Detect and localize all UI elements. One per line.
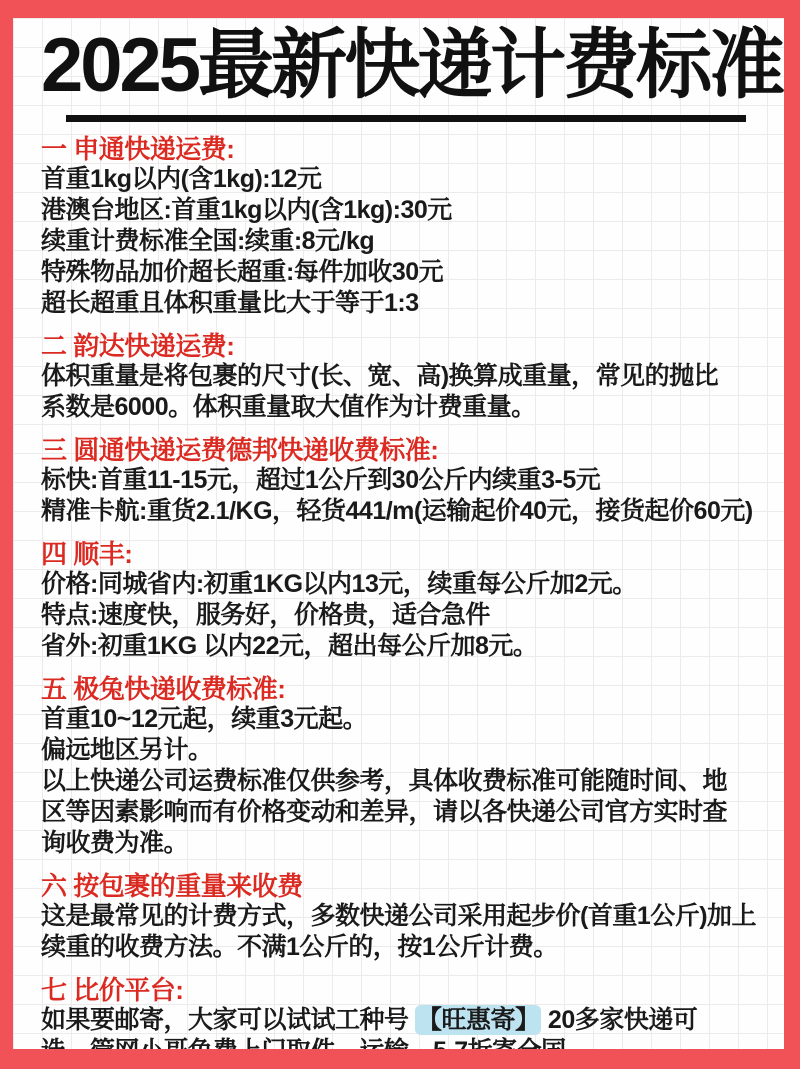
section-heading: 四 顺丰: <box>41 539 770 569</box>
body-line: 精准卡航:重货2.1/KG，轻货441/m(运输起价40元，接货起价60元) <box>41 496 770 527</box>
poster-content: 2025最新快递计费标准 一 申通快递运费: 首重1kg以内(含1kg):12元… <box>13 18 784 1049</box>
body-line: 体积重量是将包裹的尺寸(长、宽、高)换算成重量，常见的抛比 <box>41 361 770 392</box>
body-line: 续重计费标准全国:续重:8元/kg <box>41 226 770 257</box>
section-weight-billing: 六 按包裹的重量来收费 这是最常见的计费方式，多数快递公司采用起步价(首重1公斤… <box>41 871 770 963</box>
section-heading: 五 极兔快递收费标准: <box>41 674 770 704</box>
section-heading: 七 比价平台: <box>41 975 770 1005</box>
body-line: 续重的收费方法。不满1公斤的，按1公斤计费。 <box>41 932 770 963</box>
title-underline <box>66 115 746 122</box>
section-heading: 二 韵达快递运费: <box>41 331 770 361</box>
body-line: 港澳台地区:首重1kg以内(含1kg):30元 <box>41 195 770 226</box>
section-shentong: 一 申通快递运费: 首重1kg以内(含1kg):12元 港澳台地区:首重1kg以… <box>41 134 770 319</box>
section-heading: 六 按包裹的重量来收费 <box>41 871 770 901</box>
body-line: 超长超重且体积重量比大于等于1:3 <box>41 288 770 319</box>
body-line: 偏远地区另计。 <box>41 735 770 766</box>
body-line: 特殊物品加价超长超重:每件加收30元 <box>41 257 770 288</box>
section-shunfeng: 四 顺丰: 价格:同城省内:初重1KG以内13元，续重每公斤加2元。 特点:速度… <box>41 539 770 662</box>
body-line: 区等因素影响而有价格变动和差异，请以各快递公司官方实时查 <box>41 797 770 828</box>
section-price-compare: 七 比价平台: 如果要邮寄，大家可以试试工种号 【旺惠寄】 20多家快递可 选，… <box>41 975 770 1049</box>
body-line: 首重1kg以内(含1kg):12元 <box>41 164 770 195</box>
line-text-pre: 如果要邮寄，大家可以试试工种号 <box>41 1006 415 1034</box>
section-jitu: 五 极兔快递收费标准: 首重10~12元起，续重3元起。 偏远地区另计。 以上快… <box>41 674 770 859</box>
body-line: 省外:初重1KG 以内22元，超出每公斤加8元。 <box>41 631 770 662</box>
section-heading: 一 申通快递运费: <box>41 134 770 164</box>
line-text-post: 20多家快递可 <box>541 1006 697 1034</box>
body-line: 特点:速度快，服务好，价格贵，适合急件 <box>41 600 770 631</box>
brand-highlight: 【旺惠寄】 <box>415 1005 542 1035</box>
body-line: 标快:首重11-15元，超过1公斤到30公斤内续重3-5元 <box>41 465 770 496</box>
body-line: 以上快递公司运费标准仅供参考，具体收费标准可能随时间、地 <box>41 766 770 797</box>
body-line: 选，管网小哥免费上门取件、运输，5-7折寄全国。 <box>41 1036 770 1049</box>
body-line: 首重10~12元起，续重3元起。 <box>41 704 770 735</box>
body-line: 询收费为准。 <box>41 828 770 859</box>
page-title: 2025最新快递计费标准 <box>41 20 770 112</box>
body-line: 系数是6000。体积重量取大值作为计费重量。 <box>41 392 770 423</box>
section-heading: 三 圆通快递运费德邦快递收费标准: <box>41 435 770 465</box>
section-yunda: 二 韵达快递运费: 体积重量是将包裹的尺寸(长、宽、高)换算成重量，常见的抛比 … <box>41 331 770 423</box>
poster-paper: 2025最新快递计费标准 一 申通快递运费: 首重1kg以内(含1kg):12元… <box>13 18 784 1049</box>
body-line: 如果要邮寄，大家可以试试工种号 【旺惠寄】 20多家快递可 <box>41 1005 770 1036</box>
body-line: 这是最常见的计费方式，多数快递公司采用起步价(首重1公斤)加上 <box>41 901 770 932</box>
body-line: 价格:同城省内:初重1KG以内13元，续重每公斤加2元。 <box>41 569 770 600</box>
section-yuantong-debang: 三 圆通快递运费德邦快递收费标准: 标快:首重11-15元，超过1公斤到30公斤… <box>41 435 770 527</box>
